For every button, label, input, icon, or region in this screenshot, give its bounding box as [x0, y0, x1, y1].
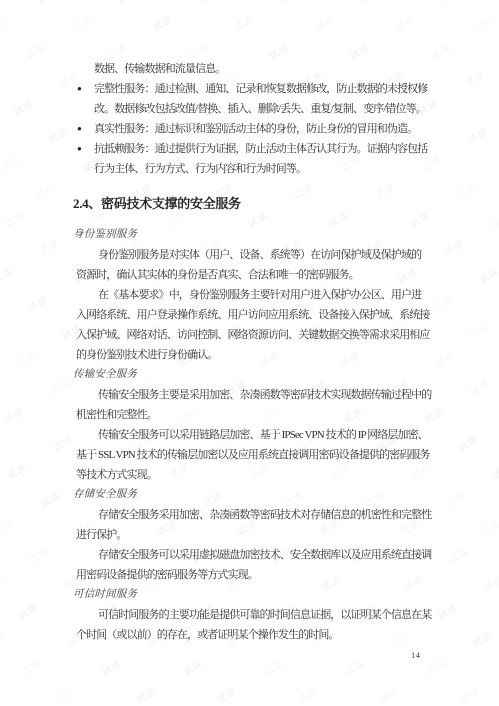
watermark-text: 试读 — [26, 544, 51, 567]
watermark-text: 试读 — [0, 628, 8, 651]
text-line: 机密性和完整性。 — [76, 405, 436, 425]
subsection-title: 存储安全服务 — [73, 485, 436, 505]
text-line: 入网络系统、用户登录操作系统、用户访问应用系统、设备接入保护域、系统接 — [76, 305, 436, 325]
bullet-item: ●真实性服务：通过标识和鉴别活动主体的身份，防止身份的冒用和伪造。 — [76, 119, 436, 139]
watermark-text: 试读 — [18, 656, 43, 679]
watermark-text: 试读 — [13, 348, 38, 371]
watermark-text: 试读 — [180, 656, 205, 679]
watermark-text: 试读 — [462, 68, 487, 91]
watermark-text: 试读 — [0, 516, 17, 539]
text-line: 传输安全服务可以采用链路层加密、基于 IPSec VPN 技术的 IP 网络层加… — [76, 425, 436, 445]
watermark-text: 试读 — [133, 684, 158, 706]
watermark-text: 试读 — [433, 348, 458, 371]
watermark-text: 试读 — [478, 516, 499, 539]
subsection-title: 身份鉴别服务 — [73, 225, 436, 245]
watermark-text: 试读 — [474, 12, 499, 35]
subsection-title: 可信时间服务 — [73, 585, 436, 605]
watermark-text: 试读 — [15, 600, 40, 623]
watermark-text: 试读 — [11, 96, 36, 119]
text-line: 用密码设备提供的密码服务等方式实现。 — [76, 565, 436, 585]
watermark-text: 试读 — [38, 488, 63, 511]
watermark-text: 试读 — [443, 488, 468, 511]
document-page: 试读试读试读试读试读试读试读试读试读试读试读试读试读试读试读试读试读试读试读试读… — [0, 0, 499, 706]
text-line: 基于 SSL VPN 技术的传输层加密以及应用系统直接调用密码设备提供的密码服务 — [76, 445, 436, 465]
paragraph: 存储安全服务采用加密、杂凑函数等密码技术对存储信息的机密性和完整性进行保护。 — [76, 505, 436, 545]
watermark-text: 试读 — [488, 208, 499, 231]
watermark-text: 试读 — [34, 0, 59, 6]
text-line: 身份鉴别服务是对实体（用户、设备、系统等）在访问保护域及保护域的 — [76, 245, 436, 265]
watermark-text: 试读 — [0, 152, 24, 175]
text-line: 改。数据修改包括改值/替换、插入、删除/丢失、重复/复制、变序/错位等。 — [94, 99, 436, 119]
bullet-item: ●完整性服务：通过检测、通知、记录和恢复数据修改，防止数据的未授权修改。数据修改… — [76, 79, 436, 119]
watermark-text: 试读 — [196, 0, 221, 6]
watermark-text: 试读 — [464, 320, 489, 343]
watermark-text: 试读 — [295, 684, 320, 706]
watermark-text: 试读 — [33, 180, 58, 203]
paragraph: 身份鉴别服务是对实体（用户、设备、系统等）在访问保护域及保护域的资源时，确认其实… — [76, 245, 436, 285]
watermark-text: 试读 — [47, 376, 72, 399]
text-line: 完整性服务：通过检测、通知、记录和恢复数据修改，防止数据的未授权修 — [94, 79, 436, 99]
text-line: 存储安全服务采用加密、杂凑函数等密码技术对存储信息的机密性和完整性 — [76, 505, 436, 525]
watermark-text: 试读 — [277, 0, 302, 6]
watermark-text: 试读 — [423, 656, 448, 679]
watermark-text: 试读 — [0, 264, 15, 287]
watermark-text: 试读 — [0, 12, 13, 35]
watermark-text: 试读 — [115, 0, 140, 6]
document-body: 数据、传输数据和流量信息。●完整性服务：通过检测、通知、记录和恢复数据修改，防止… — [76, 59, 436, 645]
watermark-text: 试读 — [0, 572, 5, 595]
watermark-text: 试读 — [441, 236, 466, 259]
watermark-text: 试读 — [467, 376, 492, 399]
section-heading: 2.4、密码技术支撑的安全服务 — [73, 193, 436, 214]
text-line: 在《基本要求》中，身份鉴别服务主要针对用户进入保护办公区、用户进 — [76, 285, 436, 305]
text-line: 的身份鉴别技术进行身份确认。 — [76, 345, 436, 365]
paragraph: 存储安全服务可以采用虚拟磁盘加密技术、安全数据库以及应用系统直接调用密码设备提供… — [76, 545, 436, 585]
paragraph: 传输安全服务主要是采用加密、杂凑函数等密码技术实现数据传输过程中的机密性和完整性… — [76, 385, 436, 425]
paragraph: 传输安全服务可以采用链路层加密、基于 IPSec VPN 技术的 IP 网络层加… — [76, 425, 436, 485]
watermark-text: 试读 — [457, 684, 482, 706]
watermark-text: 试读 — [439, 0, 464, 6]
text-line: 存储安全服务可以采用虚拟磁盘加密技术、安全数据库以及应用系统直接调 — [76, 545, 436, 565]
paragraph: 可信时间服务的主要功能是提供可靠的时间信息证据，以证明某个信息在某个时间（或以前… — [76, 605, 436, 645]
watermark-text: 试读 — [342, 656, 367, 679]
watermark-text: 试读 — [261, 656, 286, 679]
watermark-text: 试读 — [0, 68, 1, 91]
text-line: 传输安全服务主要是采用加密、杂凑函数等密码技术实现数据传输过程中的 — [76, 385, 436, 405]
watermark-text: 试读 — [435, 600, 460, 623]
text-line: 可信时间服务的主要功能是提供可靠的时间信息证据，以证明某个信息在某 — [76, 605, 436, 625]
watermark-text: 试读 — [52, 684, 77, 706]
watermark-text: 试读 — [446, 544, 471, 567]
text-line: 等技术方式实现。 — [76, 465, 436, 485]
watermark-text: 试读 — [453, 180, 478, 203]
watermark-text: 试读 — [376, 684, 401, 706]
watermark-text: 试读 — [490, 460, 499, 483]
watermark-text: 试读 — [214, 684, 239, 706]
text-line: 抗抵赖服务：通过提供行为证据，防止活动主体否认其行为。证据内容包括 — [94, 139, 436, 159]
text-line: 行为主体、行为方式、行为内容和行为时间等。 — [94, 159, 436, 179]
bullet-item: ●抗抵赖服务：通过提供行为证据，防止活动主体否认其行为。证据内容包括行为主体、行… — [76, 139, 436, 179]
watermark-text: 试读 — [393, 12, 418, 35]
text-line: 入保护域、网络对话、访问控制、网络资源访问、关键数据交换等需求采用相应 — [76, 325, 436, 345]
watermark-text: 试读 — [1, 404, 26, 427]
text-line: 进行保护。 — [76, 525, 436, 545]
watermark-text: 试读 — [36, 236, 61, 259]
text-line: 数据、传输数据和流量信息。 — [94, 59, 436, 79]
watermark-text: 试读 — [481, 572, 499, 595]
bullet-icon: ● — [77, 79, 82, 99]
watermark-text: 试读 — [358, 0, 383, 6]
bullet-icon: ● — [77, 119, 82, 139]
page-number: 14 — [411, 650, 421, 660]
watermark-text: 试读 — [150, 12, 175, 35]
watermark-text: 试读 — [2, 208, 27, 231]
watermark-text: 试读 — [50, 432, 75, 455]
watermark-text: 试读 — [45, 124, 70, 147]
watermark-text: 试读 — [469, 628, 494, 651]
paragraph: 数据、传输数据和流量信息。 — [76, 59, 436, 79]
watermark-text: 试读 — [476, 264, 499, 287]
watermark-text: 试读 — [23, 40, 48, 63]
watermark-text: 试读 — [69, 12, 94, 35]
text-line: 真实性服务：通过标识和鉴别活动主体的身份，防止身份的冒用和伪造。 — [94, 119, 436, 139]
text-line: 个时间（或以前）的存在，或者证明某个操作发生的时间。 — [76, 625, 436, 645]
watermark-text: 试读 — [231, 12, 256, 35]
paragraph: 在《基本要求》中，身份鉴别服务主要针对用户进入保护办公区、用户进入网络系统、用户… — [76, 285, 436, 365]
watermark-text: 试读 — [25, 292, 50, 315]
watermark-text: 试读 — [99, 656, 124, 679]
bullet-icon: ● — [77, 139, 82, 159]
watermark-text: 试读 — [455, 432, 480, 455]
watermark-text: 试读 — [0, 320, 3, 343]
text-line: 资源时，确认其实体的身份是否真实、合法和唯一的密码服务。 — [76, 265, 436, 285]
watermark-text: 试读 — [4, 460, 29, 483]
watermark-text: 试读 — [465, 124, 490, 147]
subsection-title: 传输安全服务 — [73, 365, 436, 385]
watermark-text: 试读 — [312, 12, 337, 35]
